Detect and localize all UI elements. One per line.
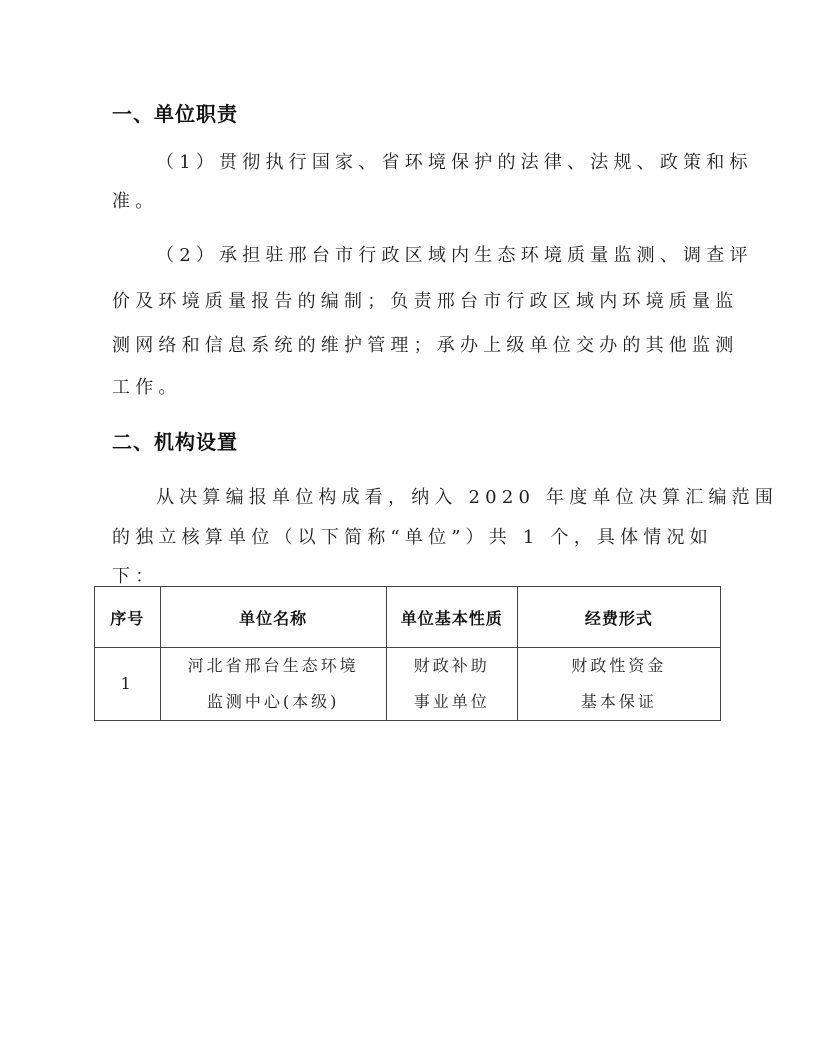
cell-index: 1 bbox=[95, 648, 161, 721]
cell-unit-name: 河北省邢台生态环境 监测中心(本级) bbox=[160, 648, 386, 721]
cell-line: 基本保证 bbox=[518, 684, 720, 720]
cell-line: 财政性资金 bbox=[518, 648, 720, 684]
header-unit-nature: 单位基本性质 bbox=[386, 587, 517, 648]
cell-funding-form: 财政性资金 基本保证 bbox=[517, 648, 720, 721]
paragraph-line: 工作。 bbox=[112, 373, 702, 399]
paragraph-line: 准。 bbox=[112, 187, 702, 213]
header-unit-name: 单位名称 bbox=[160, 587, 386, 648]
paragraph-line: 下： bbox=[112, 562, 702, 588]
header-funding-form: 经费形式 bbox=[517, 587, 720, 648]
section-heading-structure: 二、机构设置 bbox=[112, 426, 238, 455]
units-table: 序号 单位名称 单位基本性质 经费形式 1 河北省邢台生态环境 监测中心(本级)… bbox=[94, 586, 721, 721]
paragraph-line: （2）承担驻邢台市行政区域内生态环境质量监测、调查评 bbox=[156, 241, 706, 267]
paragraph-line: （1）贯彻执行国家、省环境保护的法律、法规、政策和标 bbox=[156, 148, 706, 174]
paragraph-line: 的独立核算单位（以下简称“单位”）共 1 个，具体情况如 bbox=[112, 523, 702, 549]
paragraph-line: 测网络和信息系统的维护管理；承办上级单位交办的其他监测 bbox=[112, 331, 702, 357]
cell-line: 河北省邢台生态环境 bbox=[161, 648, 386, 684]
table-row: 1 河北省邢台生态环境 监测中心(本级) 财政补助 事业单位 财政性资金 基本保… bbox=[95, 648, 721, 721]
cell-line: 监测中心(本级) bbox=[161, 684, 386, 720]
section-heading-duties: 一、单位职责 bbox=[112, 98, 238, 127]
cell-line: 财政补助 bbox=[387, 648, 517, 684]
cell-line: 事业单位 bbox=[387, 684, 517, 720]
cell-unit-nature: 财政补助 事业单位 bbox=[386, 648, 517, 721]
paragraph-line: 从决算编报单位构成看，纳入 2020 年度单位决算汇编范围 bbox=[156, 483, 706, 509]
document-page: 一、单位职责 （1）贯彻执行国家、省环境保护的法律、法规、政策和标 准。 （2）… bbox=[0, 0, 815, 1055]
header-index: 序号 bbox=[95, 587, 161, 648]
paragraph-line: 价及环境质量报告的编制；负责邢台市行政区域内环境质量监 bbox=[112, 287, 702, 313]
table-header-row: 序号 单位名称 单位基本性质 经费形式 bbox=[95, 587, 721, 648]
